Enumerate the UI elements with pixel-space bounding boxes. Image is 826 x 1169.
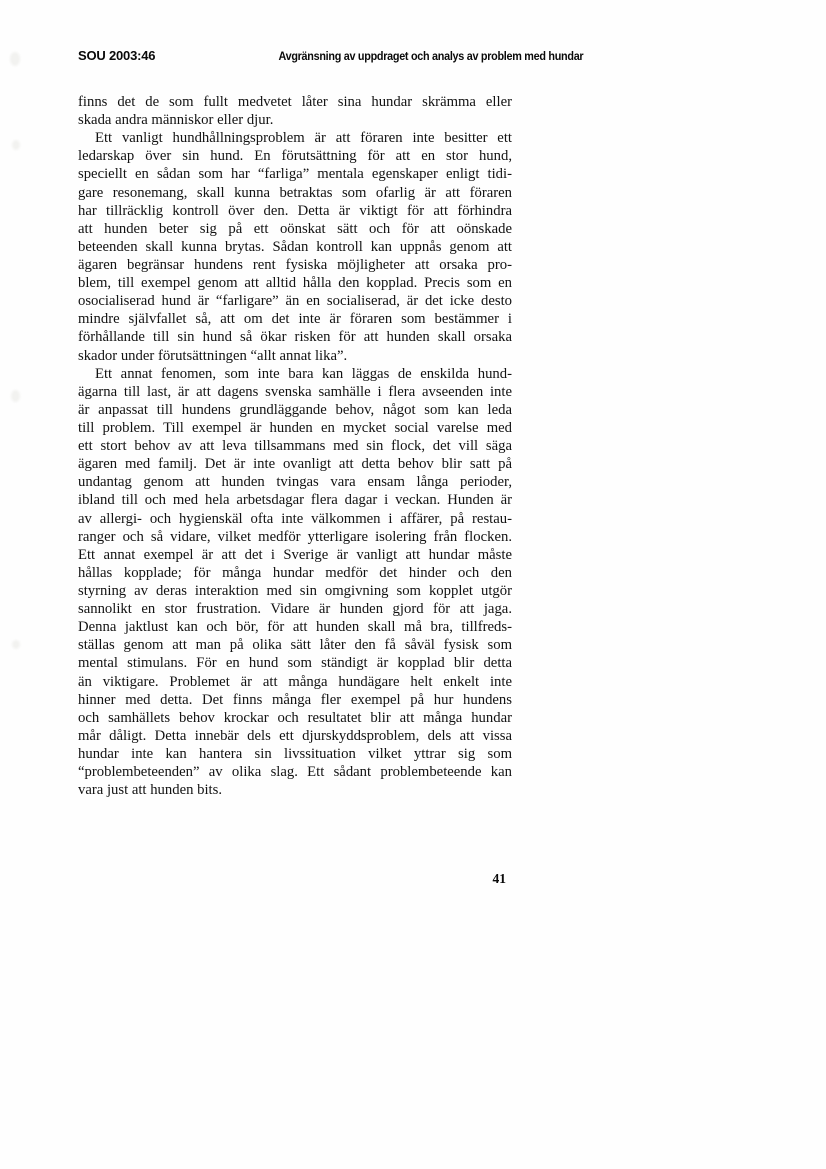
text-line: att hunden beter sig på ett oönskat sätt… <box>78 220 512 238</box>
text-line: hundar inte kan hantera sin livssituatio… <box>78 745 512 763</box>
text-line: ägaren med familj. Det är inte ovanligt … <box>78 455 512 473</box>
text-line: finns det de som fullt medvetet låter si… <box>78 93 512 111</box>
text-line: ägaren begränsar hundens rent fysiska mö… <box>78 256 512 274</box>
text-line: undantag genom att hunden tvingas vara e… <box>78 473 512 491</box>
text-line: ägarna till last, är att dagens svenska … <box>78 383 512 401</box>
text-line: ställas genom att man på olika sätt låte… <box>78 636 512 654</box>
document-page: SOU 2003:46 Avgränsning av uppdraget och… <box>0 0 826 1169</box>
body-text: finns det de som fullt medvetet låter si… <box>78 93 512 799</box>
text-line: har tillräcklig kontroll över den. Detta… <box>78 202 512 220</box>
text-line: förhållande till sin hund så ökar risken… <box>78 328 512 346</box>
text-line: ranger och så vidare, vilket medför ytte… <box>78 528 512 546</box>
text-line: Ett vanligt hundhållningsproblem är att … <box>78 129 512 147</box>
scan-artifact <box>11 390 20 402</box>
text-line: mindre självfallet så, att om det inte ä… <box>78 310 512 328</box>
text-line: Denna jaktlust kan och bör, för att hund… <box>78 618 512 636</box>
text-line: mental stimulans. För en hund som ständi… <box>78 654 512 672</box>
text-line: gare resonemang, skall kunna betraktas s… <box>78 184 512 202</box>
document-id: SOU 2003:46 <box>78 48 155 63</box>
text-line: ibland till och med hela arbetsdagar fle… <box>78 491 512 509</box>
text-line: mår dåligt. Detta innebär dels ett djurs… <box>78 727 512 745</box>
text-line: skador under förutsättningen “allt annat… <box>78 347 512 365</box>
text-line: vara just att hunden bits. <box>78 781 512 799</box>
text-line: Ett annat exempel är att det i Sverige ä… <box>78 546 512 564</box>
text-line: ett stort behov av att leva tillsammans … <box>78 437 512 455</box>
text-line: hinner med detta. Det finns många fler e… <box>78 691 512 709</box>
text-line: osocialiserad hund är “farligare” än en … <box>78 292 512 310</box>
text-line: ledarskap över sin hund. En förutsättnin… <box>78 147 512 165</box>
scan-artifact <box>12 640 20 649</box>
page-number: 41 <box>493 871 507 887</box>
text-line: blem, till exempel genom att alltid håll… <box>78 274 512 292</box>
text-line: “problembeteenden” av olika slag. Ett så… <box>78 763 512 781</box>
text-line: hållas kopplade; för många hundar medför… <box>78 564 512 582</box>
running-header: SOU 2003:46 Avgränsning av uppdraget och… <box>78 48 583 63</box>
text-line: beteenden skall kunna brytas. Sådan kont… <box>78 238 512 256</box>
text-line: skada andra människor eller djur. <box>78 111 512 129</box>
text-line: speciellt en sådan som har “farliga” men… <box>78 165 512 183</box>
text-line: styrning av deras interaktion med sin om… <box>78 582 512 600</box>
text-line: sannolikt en stor frustration. Vidare är… <box>78 600 512 618</box>
scan-artifact <box>12 140 20 150</box>
text-line: Ett annat fenomen, som inte bara kan läg… <box>78 365 512 383</box>
scan-artifact <box>10 52 20 66</box>
text-line: till problem. Till exempel är hunden en … <box>78 419 512 437</box>
chapter-title: Avgränsning av uppdraget och analys av p… <box>278 51 583 63</box>
text-line: av allergi- och hygienskäl ofta inte väl… <box>78 510 512 528</box>
text-line: och samhällets behov krockar och resulta… <box>78 709 512 727</box>
text-line: än viktigare. Problemet är att många hun… <box>78 673 512 691</box>
text-line: är anpassat till hundens grundläggande b… <box>78 401 512 419</box>
